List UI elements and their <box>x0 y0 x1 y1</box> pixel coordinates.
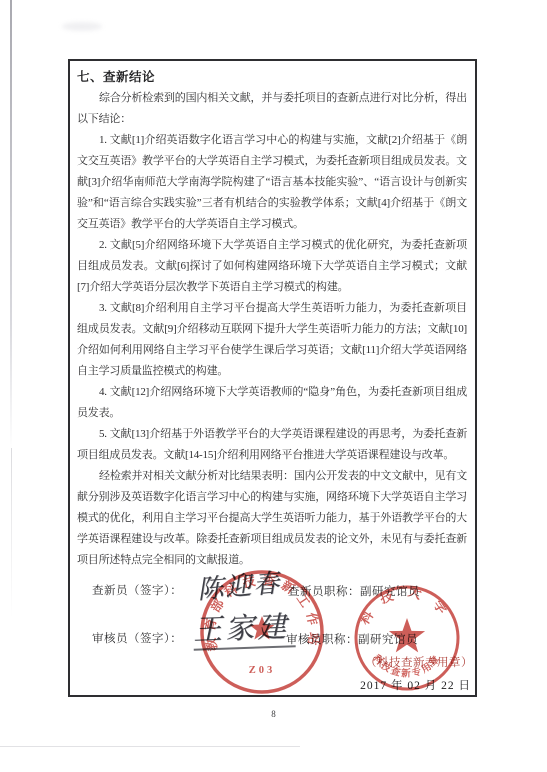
stamp-station-code: Z03 <box>249 665 276 676</box>
conclusion-paragraph: 1. 文献[1]介绍英语数字化语言学习中心的构建与实施，文献[2]介绍基于《朗文… <box>77 130 467 235</box>
checker-sign-label: 查新员（签字）： <box>92 582 182 598</box>
page-number: 8 <box>0 709 547 719</box>
conclusion-paragraph: 3. 文献[8]介绍利用自主学习平台提高大学生英语听力能力，为委托查新项目组成员… <box>77 298 467 382</box>
conclusion-paragraph: 4. 文献[12]介绍网络环境下大学英语教师的“隐身”角色，为委托查新项目组成员… <box>77 382 467 424</box>
stamp-rim-bottom-text: 科技查新专用章 <box>370 651 444 679</box>
conclusion-paragraph: 5. 文献[13]介绍基于外语教学平台的大学英语课程建设的再思考，为委托查新项目… <box>77 424 467 466</box>
scanned-page: 七、查新结论 综合分析检索到的国内相关文献，并与委托项目的查新点进行对比分析，得… <box>0 0 547 772</box>
workstation-stamp: 教育部科技查新工作站 Z03 <box>195 565 329 699</box>
conclusion-paragraph: 2. 文献[5]介绍网络环境下大学英语自主学习模式的优化研究，为委托查新项目组成… <box>77 235 467 298</box>
stamp-rim-text: 教育部科技查新工作站 <box>202 572 322 653</box>
scan-artifact <box>11 448 12 618</box>
scan-artifact <box>62 22 102 31</box>
scan-artifact <box>10 0 12 450</box>
university-stamp: 科技大学 科技查新专用章 <box>352 583 462 693</box>
star-icon <box>389 618 425 652</box>
star-icon <box>250 616 275 640</box>
conclusion-paragraph: 综合分析检索到的国内相关文献，并与委托项目的查新点进行对比分析，得出以下结论： <box>77 88 467 130</box>
section-title: 七、查新结论 <box>77 67 467 88</box>
scan-artifact <box>0 746 300 747</box>
reviewer-sign-label: 审核员（签字）： <box>92 630 182 646</box>
conclusion-paragraph: 经检索并对相关文献分析对比结果表明：国内公开发表的中文文献中，见有文献分别涉及英… <box>77 466 467 571</box>
